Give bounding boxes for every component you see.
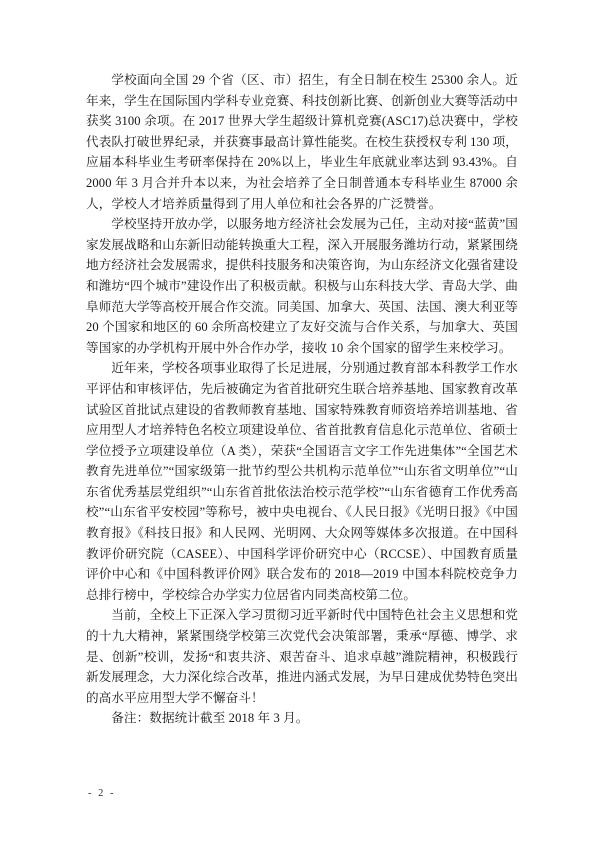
paragraph-enrollment-achievements: 学校面向全国 29 个省（区、市）招生，有全日制在校生 25300 余人。近年来… <box>86 70 518 214</box>
paragraph-open-cooperation: 学校坚持开放办学，以服务地方经济社会发展为己任，主动对接“蓝黄”国家发展战略和山… <box>86 214 518 358</box>
page-number: - 2 - <box>88 788 116 799</box>
document-page-background: { "doc": { "paragraphs": [ "学校面向全国 29 个省… <box>0 0 600 848</box>
paragraph-remark-note: 备注：数据统计截至 2018 年 3 月。 <box>86 708 518 729</box>
document-text-block: 学校面向全国 29 个省（区、市）招生，有全日制在校生 25300 余人。近年来… <box>86 70 518 729</box>
paragraph-honors-evaluation: 近年来，学校各项事业取得了长足进展，分别通过教育部本科教学工作水平评估和审核评估… <box>86 358 518 605</box>
paragraph-current-goals: 当前，全校上下正深入学习贯彻习近平新时代中国特色社会主义思想和党的十九大精神，紧… <box>86 605 518 708</box>
